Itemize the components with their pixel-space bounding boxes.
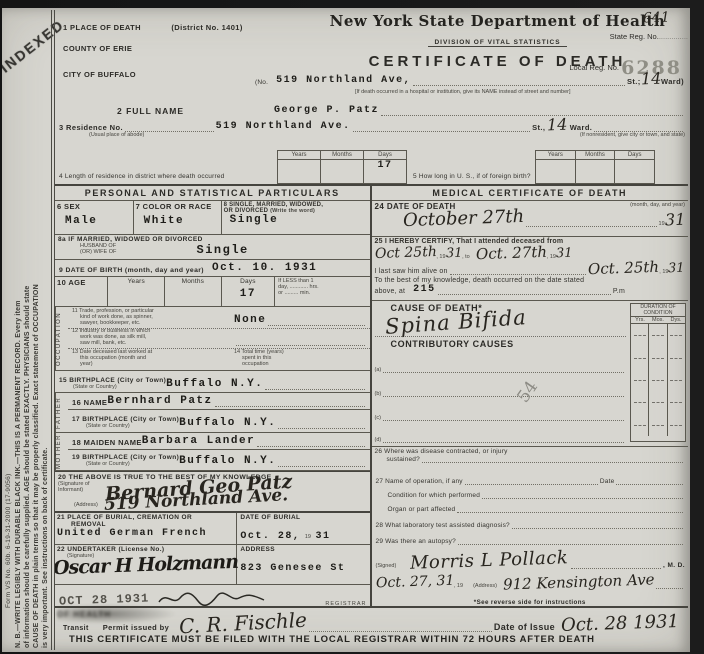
length-days-typed: 17 [364,160,406,183]
contrib-line-a: (a) [375,349,627,373]
medical-column: MEDICAL CERTIFICATE OF DEATH 24 DATE OF … [372,186,689,606]
physician-address-label: (Address) [473,583,497,589]
dotted-leader [571,561,661,569]
less-than-day-cell: If LESS than 1 day, ............ hrs. or… [275,277,369,306]
bp19-typed: Buffalo N.Y. [179,455,276,467]
time-typed: 215 [413,284,436,295]
bp19-state-country: (State or Country) [86,461,179,467]
trade-typed: None [234,314,266,326]
district-number: (District No. 1401) [171,23,242,32]
dotted-leader [457,505,683,513]
dod-19: 19 [659,221,665,227]
division-subtitle: DIVISION OF VITAL STATISTICS [428,39,566,47]
q26-label: 26 Where was disease contracted, or inju… [375,448,686,455]
age-days-header: Days [224,278,272,285]
q29-label: 29 Was there an autopsy? [376,538,456,545]
no-open-label: (No. [255,79,268,86]
bp19-label: 19 BIRTHPLACE (City or Town) [72,454,179,461]
dotted-leader [450,267,587,275]
occupation-side-label: OCCUPATION [55,307,68,370]
dotted-leader [257,439,364,447]
registrar-row: OCT 28 1931 REGISTRAR [55,585,370,606]
burial-19: 19 [305,534,311,540]
last-saw-date: Oct. 25th [588,260,659,276]
age-months-header: Months [165,277,222,306]
informant-row: 20 THE ABOVE IS TRUE TO THE BEST OF MY K… [55,471,370,513]
q27-label: 27 Name of operation, if any [376,478,463,485]
attended-to-date: Oct. 27th [476,245,547,261]
stamp-fragment-text: OF HEALTH [57,610,111,619]
dotted-leader [269,599,323,606]
residence-ward-handwritten: 14 [547,118,568,133]
race-typed: White [144,215,219,227]
duration-yrs-column [631,324,649,436]
t12c: saw mill, bank, etc. [80,340,234,346]
dotted-leader [236,338,365,346]
b21-label2: REMOVAL [71,521,234,528]
department-title: New York State Department of Health [310,12,685,30]
length-label: 4 Length of residence in district where … [59,173,277,184]
knowledge-line: To the best of my knowledge, death occur… [375,277,686,284]
q27c-row: Organ or part affected [372,501,689,515]
q27b-label: Condition for which performed [388,492,481,499]
yrs-header: Yrs. [631,317,649,323]
to-19: , 19 [547,254,556,260]
undertaker-address-cell: ADDRESS 823 Genesee St [237,545,369,584]
q27b-row: Condition for which performed [372,487,689,501]
dotted-leader [512,521,683,529]
line-a-label: (a) [375,367,382,373]
st-label: St.; [627,77,641,86]
pm-label: P.m [613,288,625,295]
b21-label: 21 PLACE OF BURIAL, CREMATION OR [57,514,234,521]
bp17-label: 17 BIRTHPLACE (City or Town) [72,416,179,423]
contrib-line-d: (d) [375,421,627,443]
age-days-cell: Days 17 [222,277,275,306]
mother-side-label: MOTHER [55,433,68,470]
attended-from-date: Oct 25th [374,246,436,261]
mother-name-row: 18 MAIDEN NAME Barbara Lander [68,433,370,450]
dotted-leader [215,399,365,407]
registrar-signature-scribble [157,589,267,606]
m8a-label: 8a IF MARRIED, WIDOWED OR DIVORCED [58,236,367,243]
marital-typed: Single [230,214,368,226]
marital-cell: 8 SINGLE, MARRIED, WIDOWED, OR DIVORCED … [222,201,370,234]
father-birthplace-row: 17 BIRTHPLACE (City or Town) (State or C… [68,410,370,431]
to-year: 31 [556,248,573,260]
date-of-birth-row: 9 DATE OF BIRTH (month, day and year) Oc… [55,260,370,277]
dotted-leader [383,389,624,397]
q27-date-label: Date [600,478,615,485]
state-reg-number-handwritten: 641 [643,12,670,26]
physician-signed-row: (Signed) Morris L Pollack , M. D. [372,547,689,571]
certify-block: 25 I HEREBY CERTIFY, That I attended dec… [372,237,689,301]
abode-note: (Usual place of abode) [89,132,144,138]
dotted-leader [413,78,625,86]
permit-issued-label: Permit issued by [103,623,169,632]
birthplace-row: 15 BIRTHPLACE (City or Town) (State or C… [55,371,370,393]
from-19: , 19 [436,254,445,260]
physician-sign-date: Oct. 27, 31 [375,575,454,590]
age-days-typed: 17 [224,288,272,300]
burial-date-label: DATE OF BURIAL [240,514,366,521]
dotted-leader [383,435,624,443]
physician-date-address-row: Oct. 27, 31 , 19 (Address) 912 Kensingto… [372,571,689,591]
father-block: FATHER 16 NAME Bernhard Patz 17 BIRTHPLA… [55,393,370,433]
reverse-note-row: *See reverse side for instructions [372,591,689,603]
length-months-value [321,160,364,183]
t13c: year) [80,361,234,367]
county-label: COUNTY OF ERIE [63,44,132,53]
two-column-section: PERSONAL AND STATISTICAL PARTICULARS 6 S… [55,184,688,608]
length-of-residence-row: 4 Length of residence in district where … [55,144,688,184]
burial-date-cell: DATE OF BURIAL Oct. 28, 19 31 [237,513,369,544]
permit-issuer-signature: C. R. Fischle [179,611,308,636]
mother-name-typed: Barbara Lander [142,435,255,447]
residence-label: 3 Residence No. [59,123,123,132]
trade-row: 11 Trade, profession, or particular kind… [68,307,370,329]
full-name-row: 2 FULL NAME George P. Patz [55,98,688,118]
place-of-death-line: 1 PLACE OF DEATH (District No. 1401) [63,17,243,35]
us-years-value [536,160,576,183]
personal-section-title: PERSONAL AND STATISTICAL PARTICULARS [55,186,370,201]
how-long-in-us-label: 5 How long in U. S., if of foreign birth… [407,173,535,184]
form-header: 1 PLACE OF DEATH (District No. 1401) COU… [55,10,688,98]
sex-race-marital-row: 6 SEX Male 7 COLOR OR RACE White 8 SINGL… [55,201,370,235]
dotted-leader [458,537,683,545]
city-label: CITY OF BUFFALO [63,70,136,79]
duration-dys-column [668,324,685,436]
line-d-label: (d) [375,437,382,443]
cause-handwritten: Spina Bifida [384,308,527,337]
dotted-leader [438,287,611,295]
margin-instruction-line1: N. B.—WRITE LEGIBLY WITH DURABLE BLACK I… [15,300,22,648]
date-of-death-row: 24 DATE OF DEATH (month, day, and year) … [372,201,689,237]
street-value-typed: 519 Northland Ave, [276,75,411,86]
occupation-block: OCCUPATION 11 Trade, profession, or part… [55,307,370,371]
state-reg-text: State Reg. No. [610,32,659,41]
father-side-label: FATHER [55,393,68,432]
certificate-paper: INDEXED Form VS No. 60b. 6-19-31-2000 (1… [2,8,690,652]
industry-row: 12 Industry or business in which work wa… [68,329,370,349]
md-label: , M. D. [663,562,685,569]
spouse-typed: Single [197,243,249,257]
bp15-state-country: (State or Country) [73,384,166,390]
dys-header: Dys. [667,317,685,323]
q26-label2: sustained? [387,456,420,463]
last-saw-label: I last saw him alive on [375,268,448,275]
dod-year-handwritten: 31 [664,212,685,227]
q27-row: 27 Name of operation, if any Date [372,471,689,487]
dotted-leader [383,413,624,421]
margin-instruction-line2: of information should be carefully suppl… [24,285,31,648]
residence-row: 3 Residence No. 519 Northland Ave. St., … [55,118,688,144]
months-header: Months [321,151,364,159]
q28-row: 28 What laboratory test assisted diagnos… [372,515,689,531]
dotted-leader [422,455,683,463]
days-header: Days [364,151,406,159]
months-header: Months [576,151,616,159]
from-year: 31 [445,248,462,260]
margin-instruction-line3: CAUSE OF DEATH in plain terms so that it… [33,284,40,648]
medical-section-title: MEDICAL CERTIFICATE OF DEATH [372,186,689,201]
date-of-issue-label: Date of Issue [494,622,555,632]
dotted-leader [383,365,624,373]
state-reg-label: State Reg. No............... [610,32,688,41]
contrib-line-c: (c) [375,397,627,421]
residence-typed: 519 Northland Ave. [216,121,351,132]
informant-address-label: (Address) [74,502,98,508]
ward-number-handwritten: 14 [640,72,661,87]
to-word: , to [462,254,470,260]
burial-row: 21 PLACE OF BURIAL, CREMATION OR REMOVAL… [55,513,370,545]
age-years-header: Years [108,277,165,306]
form-number-margin-note: Form VS No. 60b. 6-19-31-2000 (17-9056) [5,473,12,608]
undertaker-signature: Oscar H Holzmann [55,554,238,578]
signed-label: (Signed) [376,563,397,569]
n18-label: 18 MAIDEN NAME [72,438,142,447]
age-row: 10 AGE Years Months Days 17 If LESS than… [55,277,370,307]
physician-signature: Morris L Pollack [410,550,569,572]
married-widowed-row: 8a IF MARRIED, WIDOWED OR DIVORCED HUSBA… [55,235,370,260]
residence-st-label: St., [532,123,545,132]
undertaker-row: 22 UNDERTAKER (License No.) (Signature) … [55,545,370,585]
duration-of-condition-table: DURATION OFCONDITION Yrs. Mos. Dys. [630,303,686,442]
father-name-row: 16 NAME Bernhard Patz [68,393,370,410]
burial-year-typed: 31 [315,531,330,542]
q27c-label: Organ or part affected [388,506,456,513]
dotted-leader [278,459,364,467]
race-label: 7 COLOR OR RACE [136,202,219,211]
personal-column: PERSONAL AND STATISTICAL PARTICULARS 6 S… [55,186,372,606]
ward-close-label: Ward) [661,77,684,86]
burial-date-typed: Oct. 28, [240,531,300,542]
reverse-note: *See reverse side for instructions [474,599,586,606]
full-name-typed: George P. Patz [274,105,379,116]
q29-row: 29 Was there an autopsy? [372,531,689,547]
mos-header: Mos. [649,317,667,323]
residence-ward-label: Ward. [570,123,593,132]
cause-of-death-block: CAUSE OF DEATH* Spina Bifida CONTRIBUTOR… [372,301,689,447]
dod-handwritten: October 27th [402,209,524,229]
dob-label: 9 DATE OF BIRTH (month, day and year) [59,267,204,274]
dotted-leader [381,108,683,116]
bp17-typed: Buffalo N.Y. [179,417,276,429]
dotted-leader [616,477,683,485]
dotted-leader [465,477,598,485]
length-years-months-days-box: Years Months Days 17 [277,150,407,184]
dotted-leader [594,124,683,132]
us-months-value [576,160,616,183]
permit-line: OF HEALTH Transit Permit issued by C. R.… [55,608,688,634]
sex-cell: 6 SEX Male [55,201,134,234]
bp17-state-country: (State or Country) [86,423,179,429]
duration-header2: CONDITION [643,310,672,316]
q26-row: 26 Where was disease contracted, or inju… [372,447,689,471]
undertaker-address-typed: 823 Genesee St [240,563,366,574]
physician-address-handwritten: 912 Kensington Ave [503,573,655,592]
above-at-label: above, at [375,288,406,295]
dotted-leader [482,491,683,499]
us-days-value [615,160,654,183]
dob-typed: Oct. 10. 1931 [212,262,317,274]
transit-label: Transit [63,625,89,632]
dotted-leader [268,318,364,326]
n16-label: 16 NAME [72,398,107,407]
duration-mos-column [649,324,667,436]
place-of-death-label: 1 PLACE OF DEATH [63,23,141,32]
dotted-leader [526,219,657,227]
burial-place-typed: United German French [57,528,234,539]
registrar-label: REGISTRAR [325,601,366,606]
race-cell: 7 COLOR OR RACE White [134,201,222,234]
line-b-label: (b) [375,391,382,397]
t11c: sawyer, bookkeeper, etc. [80,320,234,326]
line-c-label: (c) [375,415,381,421]
saw-year: 31 [668,263,685,275]
mother-block: MOTHER 18 MAIDEN NAME Barbara Lander 19 … [55,433,370,471]
certificate-form: 1 PLACE OF DEATH (District No. 1401) COU… [54,10,688,650]
q28-label: 28 What laboratory test assisted diagnos… [376,522,510,529]
bp15-label: 15 BIRTHPLACE (City or Town) [59,377,166,384]
years-header: Years [536,151,576,159]
local-reg-text: Local Reg. No. [569,63,619,72]
must-file-notice: THIS CERTIFICATE MUST BE FILED WITH THE … [55,634,688,645]
years-header: Years [278,151,321,159]
dotted-leader [353,124,530,132]
burial-place-cell: 21 PLACE OF BURIAL, CREMATION OR REMOVAL… [55,513,237,544]
dotted-leader [309,624,492,632]
bottom-strip: OF HEALTH Transit Permit issued by C. R.… [55,608,688,652]
sig-19: , 19 [454,583,463,589]
dotted-leader [125,124,214,132]
last-worked-row: 13 Date deceased last worked at this occ… [68,349,370,369]
sex-typed: Male [65,215,131,227]
nonresident-note: (If nonresident, give city or town, and … [580,132,685,138]
undertaker-cell: 22 UNDERTAKER (License No.) (Signature) … [55,545,237,584]
days-header: Days [615,151,654,159]
dotted-leader [265,382,364,390]
bp15-typed: Buffalo N.Y. [166,378,263,390]
u22-address-label: ADDRESS [240,546,366,553]
less3: or ......... min. [278,290,366,296]
dotted-leader [278,421,364,429]
contrib-line-b: (b) [375,373,627,397]
date-of-issue-handwritten: Oct. 28 1931 [561,614,679,634]
contributory-label: CONTRIBUTORY CAUSES [391,339,627,349]
sex-label: 6 SEX [57,202,131,211]
hospital-note: [If death occurred in a hospital or inst… [355,89,571,95]
us-years-months-days-box: Years Months Days [535,150,655,184]
street-number-line: (No. 519 Northland Ave, St.; 14 Ward) [255,72,684,86]
t14c: occupation [242,361,367,367]
filed-date-stamp: OCT 28 1931 [59,591,150,606]
father-name-typed: Bernhard Patz [107,395,212,407]
dotted-leader [656,581,683,589]
length-years-value [278,160,321,183]
age-label: 10 AGE [55,277,108,306]
mother-birthplace-row: 19 BIRTHPLACE (City or Town) (State or C… [68,450,370,469]
scanned-death-certificate: INDEXED Form VS No. 60b. 6-19-31-2000 (1… [0,0,704,654]
margin-instruction-line4: is very important. See instructions on b… [42,448,49,648]
full-name-label: 2 FULL NAME [117,106,184,116]
